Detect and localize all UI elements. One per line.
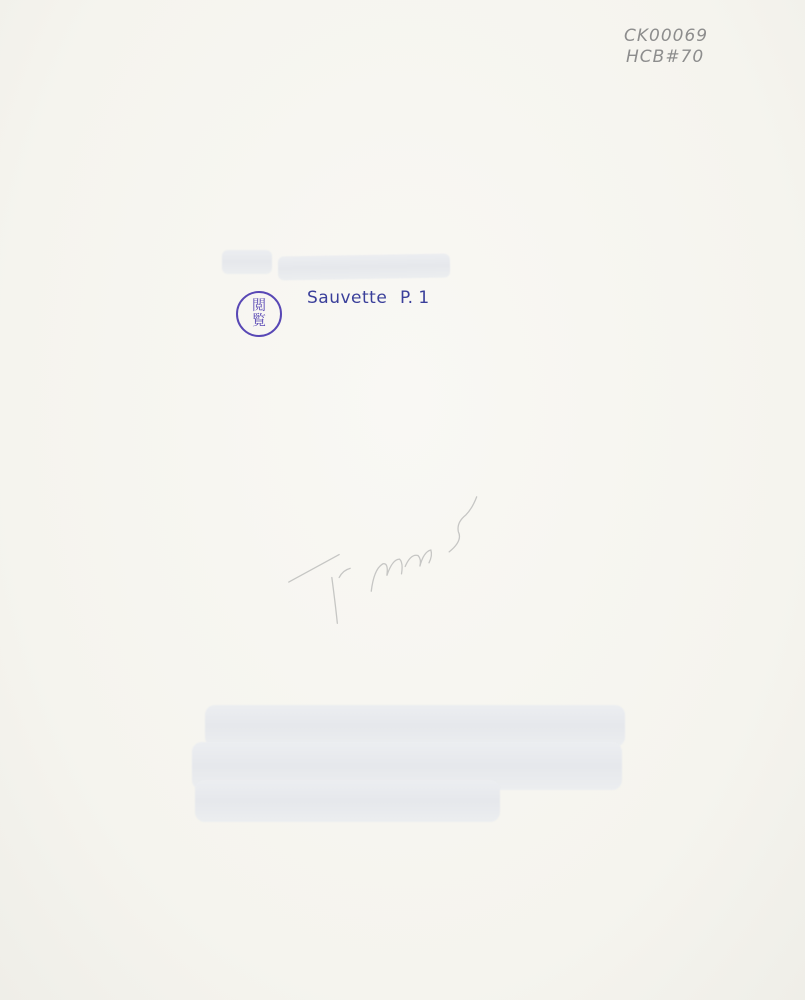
stamp-glyph-top: 閲 — [252, 299, 266, 314]
page-label: P. 1 — [400, 288, 429, 308]
archive-stamp: 閲 覧 — [236, 291, 282, 337]
redaction-bottom-1 — [205, 705, 625, 747]
redaction-top-left — [222, 250, 272, 274]
pencil-signature — [275, 465, 495, 635]
collection-ref-annotation: HCB#70 — [626, 47, 704, 67]
redaction-bottom-3 — [195, 780, 500, 822]
stamp-glyph-bottom: 覧 — [252, 314, 266, 329]
redaction-top — [278, 254, 450, 281]
archive-label: Sauvette — [307, 288, 387, 308]
catalog-id-annotation: CK00069 — [624, 26, 708, 46]
